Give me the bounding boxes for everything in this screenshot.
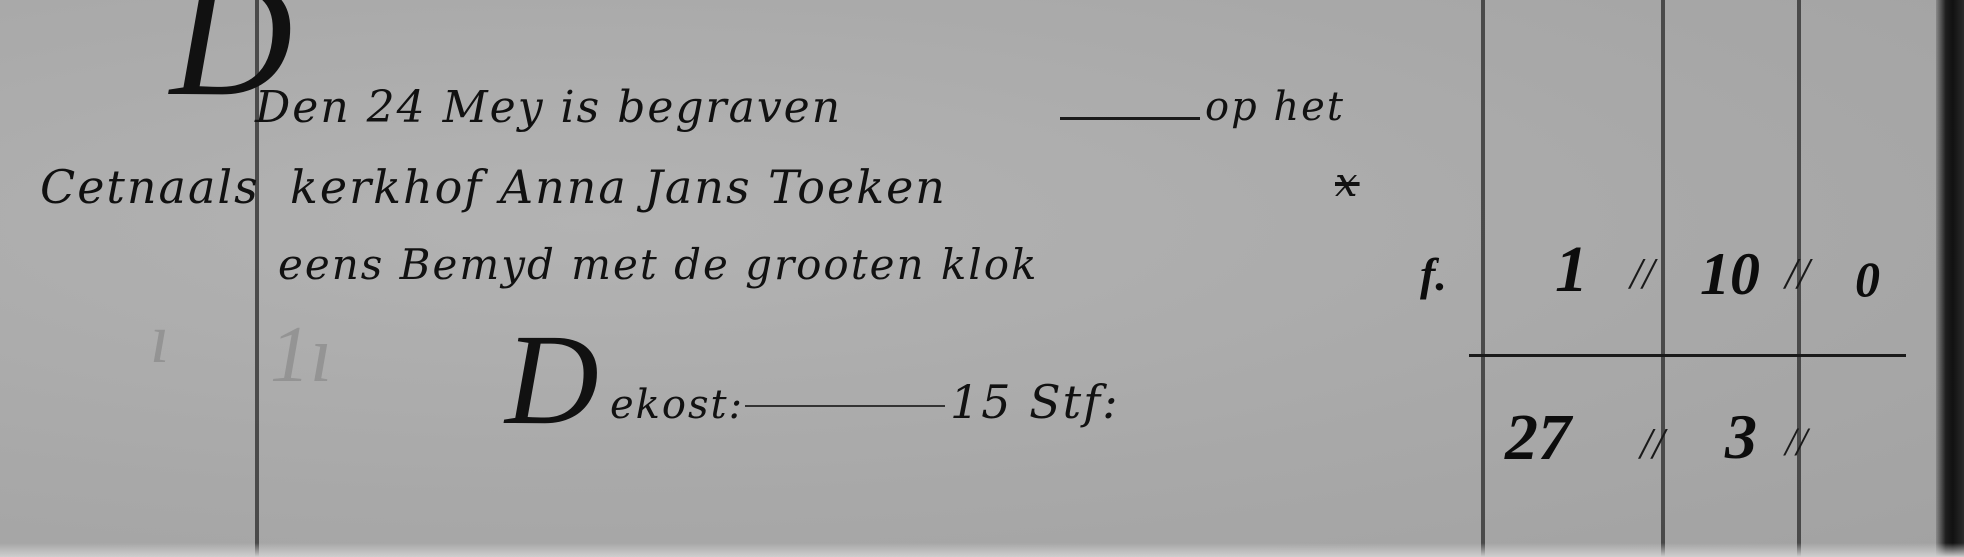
bleed-through-mark: ı (150, 300, 169, 380)
cost-filler-stroke (745, 405, 945, 407)
sum-underline (1469, 354, 1906, 357)
cost-label: ekost: (610, 382, 744, 428)
scan-bottom-edge (0, 543, 1964, 557)
amount-column-rule-2 (1661, 0, 1665, 557)
page-binding-edge (1936, 0, 1964, 557)
row1-separator-1: // (1630, 248, 1654, 299)
row1-stuivers: 10 (1700, 240, 1760, 309)
amount-column-rule-1 (1481, 0, 1485, 557)
row1-guilders: 1 (1555, 232, 1588, 308)
currency-prefix: f. (1420, 248, 1447, 301)
row2-guilders: 27 (1505, 400, 1571, 476)
cost-amount: 15 Stf: (950, 375, 1120, 429)
entry-margin-word: Cetnaals (40, 160, 260, 214)
row2-stuivers: 3 (1725, 400, 1757, 474)
entry-line-1: Den 24 Mey is begraven (255, 82, 842, 133)
line-filler-stroke (1060, 117, 1200, 120)
row2-separator-2: // (1785, 418, 1807, 465)
entry-line-3: eens Bemyd met de grooten klok (278, 240, 1038, 289)
entry-line-2: kerkhof Anna Jans Toeken (290, 160, 947, 214)
row1-penningen: 0 (1855, 250, 1880, 308)
entry-line-1-continuation: op het (1205, 84, 1345, 130)
ledger-page: ı 1ı D Den 24 Mey is begraven op het Cet… (0, 0, 1964, 557)
cost-initial: D (505, 305, 599, 455)
row1-separator-2: // (1785, 248, 1809, 299)
row2-separator-1: // (1640, 418, 1664, 469)
bleed-through-mark: 1ı (270, 310, 332, 401)
entry-line-2-mark: x (1335, 160, 1360, 206)
